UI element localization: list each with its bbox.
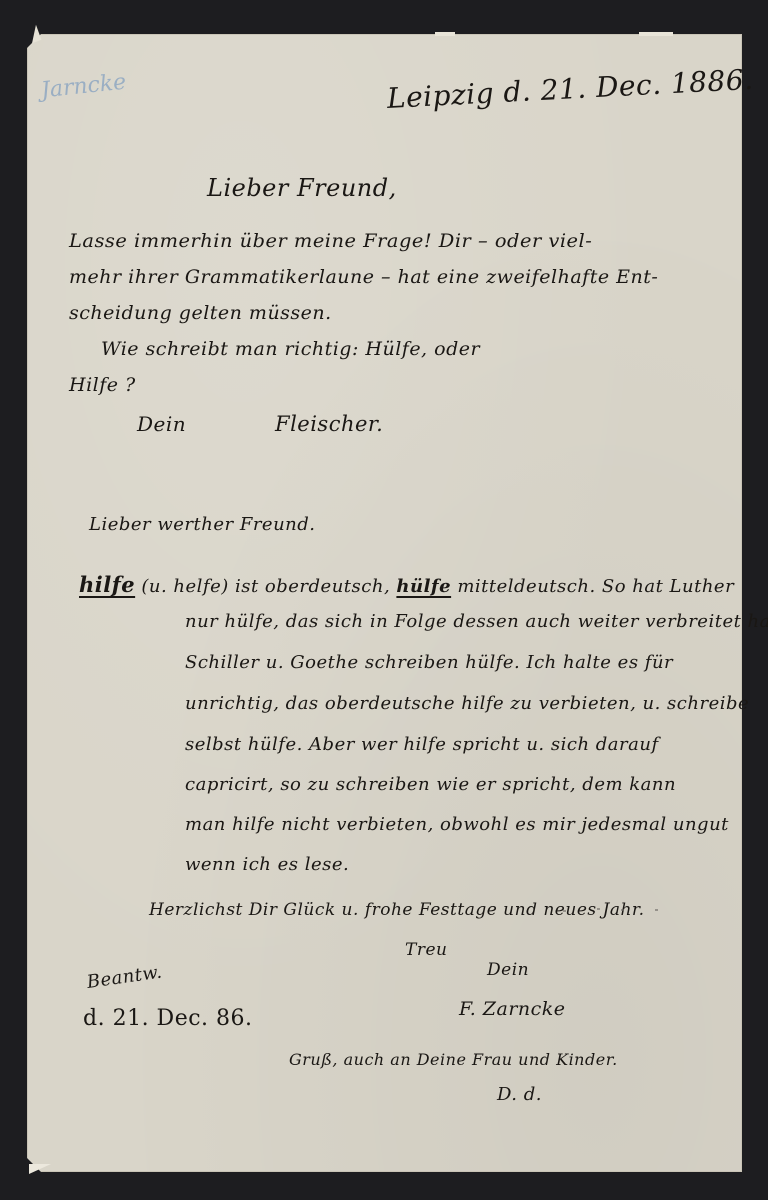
letter-two-line-1: hilfe (u. helfe) ist oberdeutsch, hülfe … [79, 572, 734, 597]
letter-one-line-3: scheidung gelten müssen. [69, 302, 332, 324]
paper-tab-mark [435, 32, 455, 36]
letter-two-line-5: selbst hülfe. Aber wer hilfe spricht u. … [185, 734, 659, 755]
paper-speckle [655, 909, 658, 911]
term-huelfe: hülfe [396, 576, 451, 597]
archival-pencil-note: Jarncke [40, 70, 127, 104]
letter-two-line-6: capricirt, so zu schreiben wie er sprich… [185, 774, 676, 795]
holiday-greeting: Herzlichst Dir Glück u. frohe Festtage u… [149, 900, 645, 920]
term-hilfe: hilfe [79, 572, 135, 597]
letter-one-line-4: Wie schreibt man richtig: Hülfe, oder [101, 338, 480, 360]
closing-initials: D. d. [497, 1084, 542, 1105]
salutation-one: Lieber Freund, [207, 174, 397, 202]
paper-speckle [563, 910, 566, 912]
letter-one-line-5: Hilfe ? [69, 374, 136, 396]
letter-one-signature: Fleischer. [275, 412, 383, 436]
postscript: Gruß, auch an Deine Frau und Kinder. [289, 1050, 618, 1069]
letter-two-line-8: wenn ich es lese. [185, 854, 349, 875]
letter-one-line-2: mehr ihrer Grammatikerlaune – hat eine z… [69, 266, 658, 288]
paper-speckle [597, 908, 600, 910]
paper-speckle [621, 909, 624, 911]
letter-two-closing-dein: Dein [487, 960, 529, 980]
letter-two-line-3: Schiller u. Goethe schreiben hülfe. Ich … [185, 652, 673, 673]
paper-tab-mark [639, 32, 673, 36]
place-date-heading: Leipzig d. 21. Dec. 1886. [386, 63, 754, 115]
letter-one-closing: Dein [137, 412, 186, 436]
letter-two-closing-treu: Treu [405, 940, 447, 960]
letter-two-line-2: nur hülfe, das sich in Folge dessen auch… [185, 611, 768, 632]
reply-mark: Beantw. [86, 962, 164, 993]
letter-one-line-1: Lasse immerhin über meine Frage! Dir – o… [69, 230, 592, 252]
corner-flap-bottom-left [29, 1164, 51, 1174]
letter-two-line-4: unrichtig, das oberdeutsche hilfe zu ver… [185, 693, 749, 714]
reply-date: d. 21. Dec. 86. [83, 1006, 253, 1031]
salutation-two: Lieber werther Freund. [89, 514, 316, 535]
letter-two-signature: F. Zarncke [459, 998, 566, 1020]
scan-viewport: Jarncke Leipzig d. 21. Dec. 1886. Lieber… [0, 0, 768, 1200]
letter-page: Jarncke Leipzig d. 21. Dec. 1886. Lieber… [27, 34, 742, 1172]
letter-two-line-7: man hilfe nicht verbieten, obwohl es mir… [185, 814, 729, 835]
